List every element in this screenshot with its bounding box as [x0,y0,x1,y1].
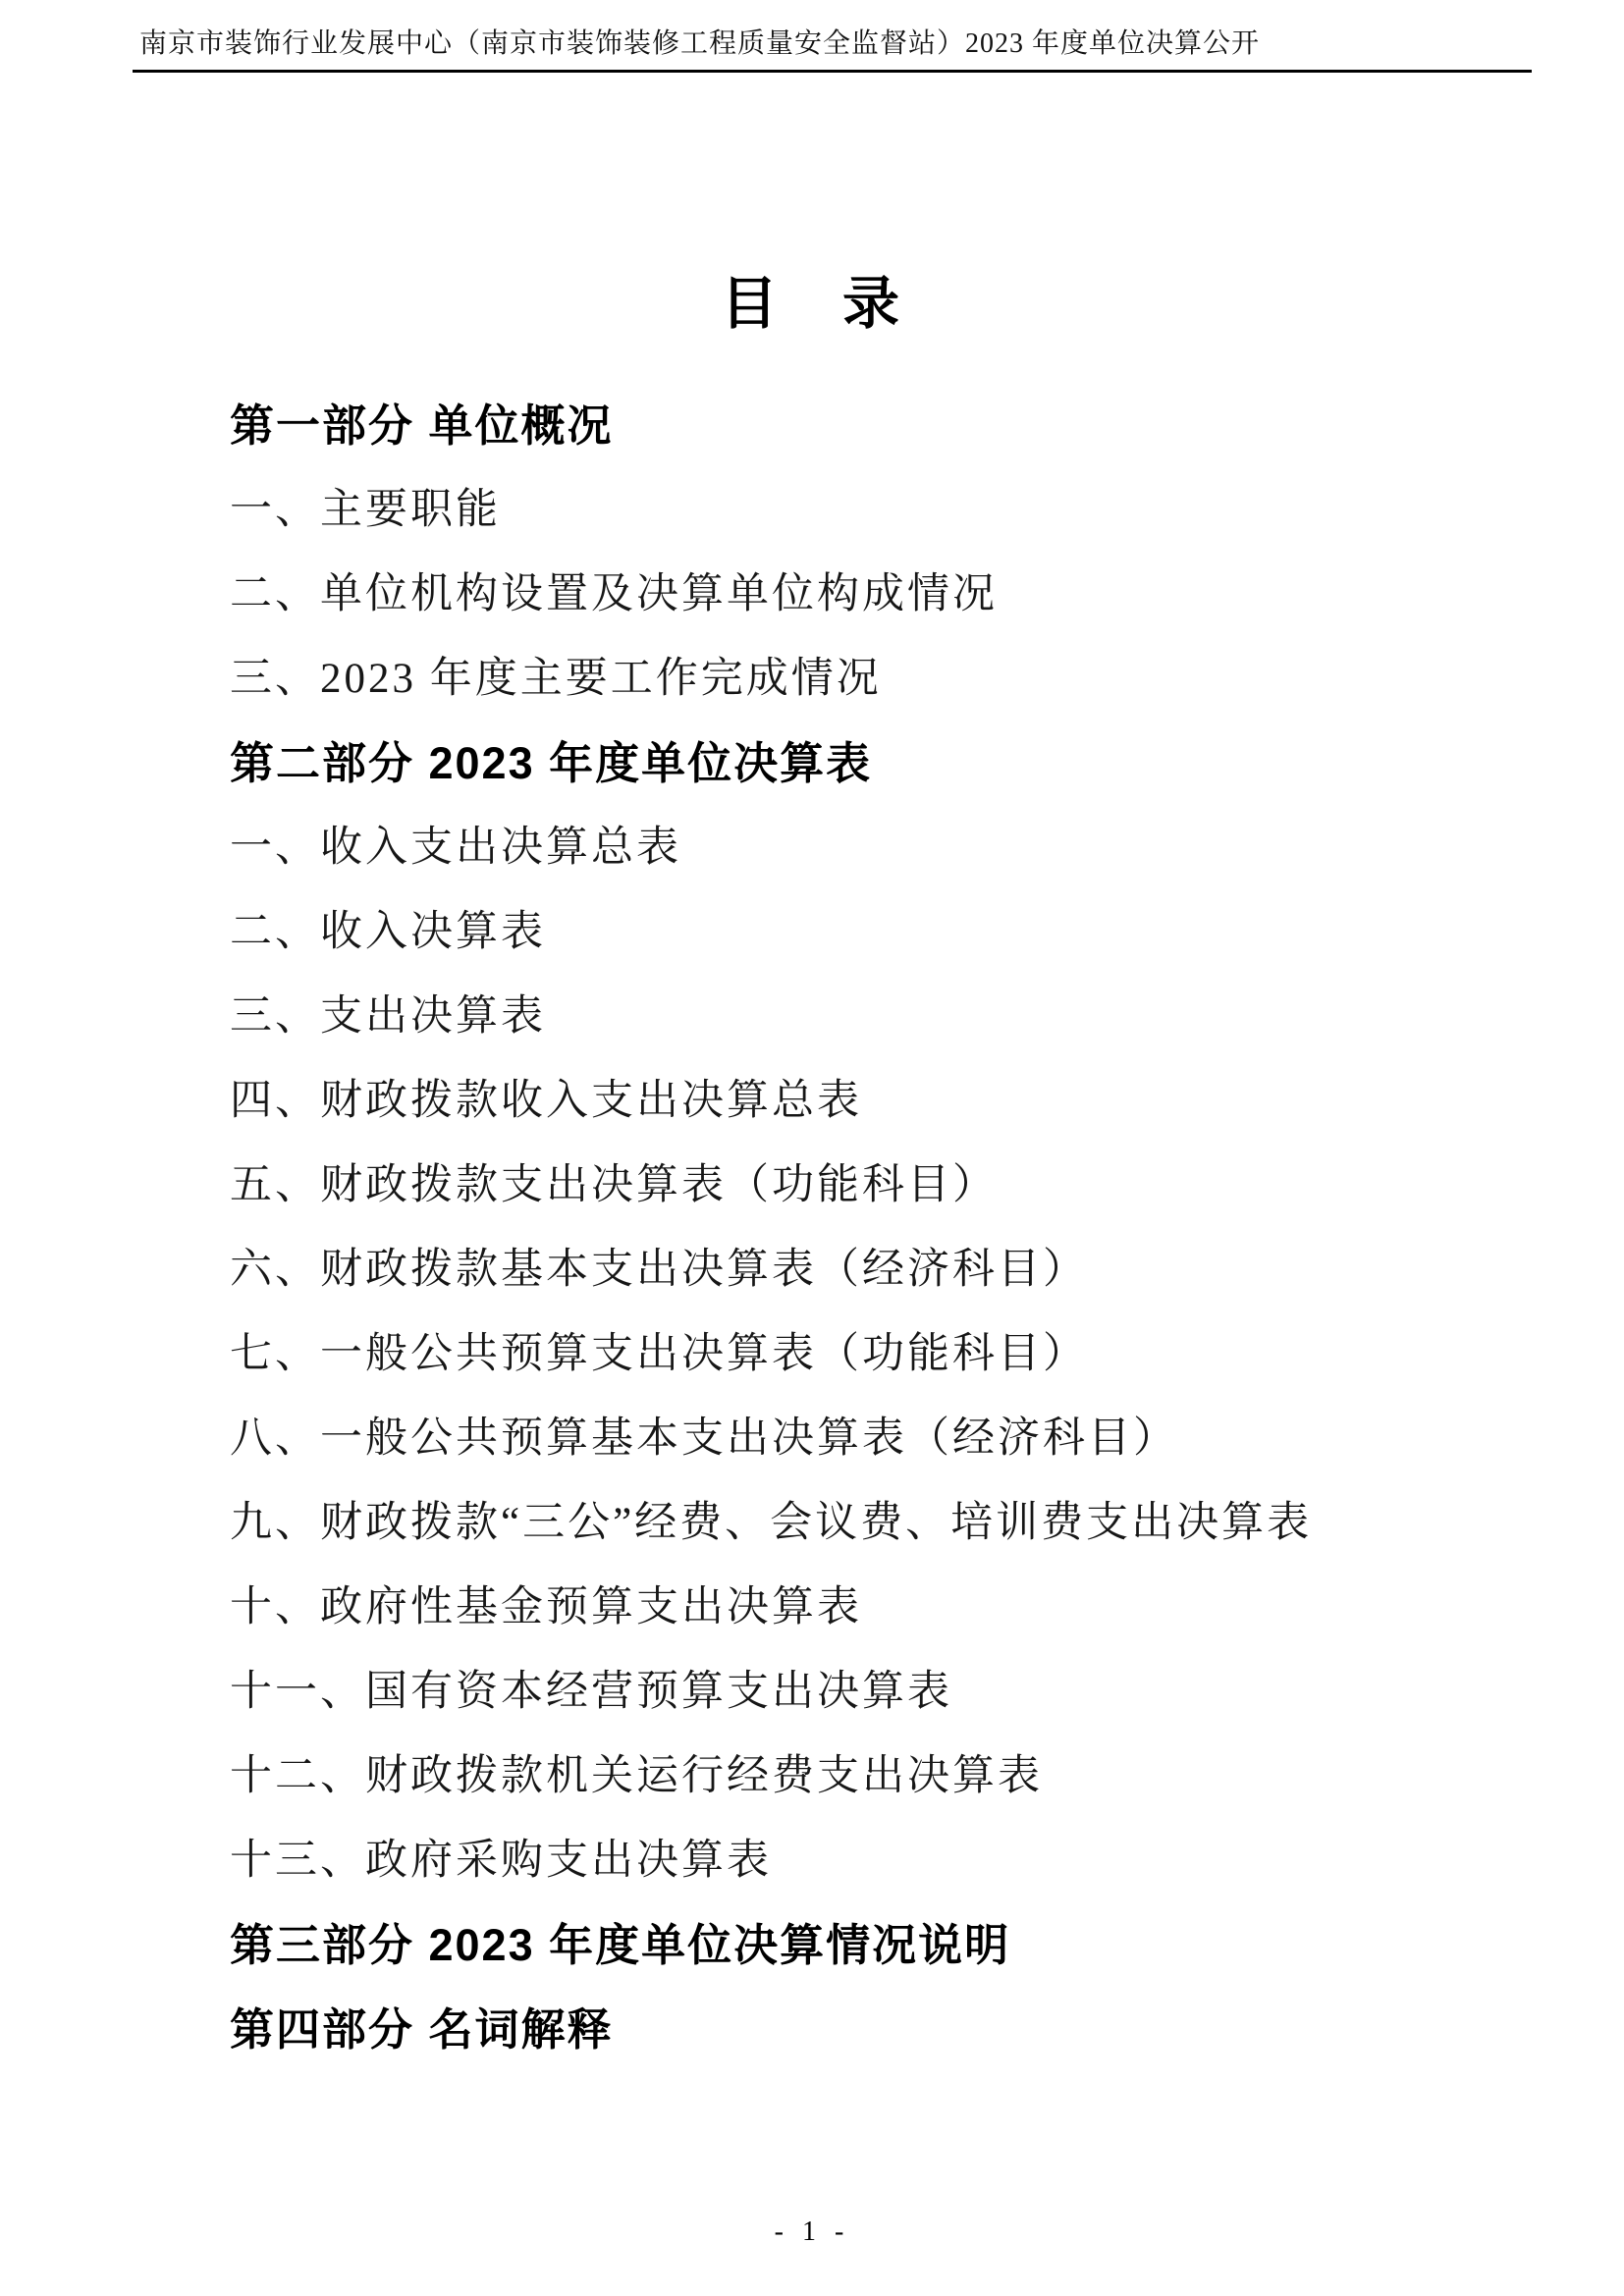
toc-title: 目 录 [0,257,1624,340]
toc-item: 六、财政拨款基本支出决算表（经济科目） [230,1223,1496,1308]
document-page: 南京市装饰行业发展中心（南京市装饰装修工程质量安全监督站）2023 年度单位决算… [0,0,1624,2296]
toc-item: 五、财政拨款支出决算表（功能科目） [230,1139,1496,1223]
toc-part-heading: 第四部分 名词解释 [230,1983,1496,2067]
page-header: 南京市装饰行业发展中心（南京市装饰装修工程质量安全监督站）2023 年度单位决算… [133,27,1532,73]
toc-part-heading: 第一部分 单位概况 [230,379,1496,463]
toc-part-heading: 第二部分 2023 年度单位决算表 [230,717,1496,801]
page-header-text: 南京市装饰行业发展中心（南京市装饰装修工程质量安全监督站）2023 年度单位决算… [133,27,1532,61]
toc-item: 二、单位机构设置及决算单位构成情况 [230,548,1496,632]
toc-item: 九、财政拨款“三公”经费、会议费、培训费支出决算表 [230,1476,1496,1561]
toc-item: 二、收入决算表 [230,885,1496,970]
toc-item: 七、一般公共预算支出决算表（功能科目） [230,1308,1496,1392]
toc-item: 三、支出决算表 [230,970,1496,1054]
toc-item: 十一、国有资本经营预算支出决算表 [230,1645,1496,1730]
toc-item: 八、一般公共预算基本支出决算表（经济科目） [230,1392,1496,1476]
page-number: - 1 - [0,2216,1624,2248]
toc-part-heading: 第三部分 2023 年度单位决算情况说明 [230,1898,1496,1983]
toc-item: 四、财政拨款收入支出决算总表 [230,1054,1496,1139]
toc-item: 十、政府性基金预算支出决算表 [230,1561,1496,1645]
toc-item: 三、2023 年度主要工作完成情况 [230,632,1496,717]
toc-item: 十三、政府采购支出决算表 [230,1814,1496,1898]
toc-item: 一、主要职能 [230,463,1496,548]
toc-item: 一、收入支出决算总表 [230,801,1496,885]
toc-item: 十二、财政拨款机关运行经费支出决算表 [230,1730,1496,1814]
table-of-contents: 第一部分 单位概况 一、主要职能 二、单位机构设置及决算单位构成情况 三、202… [230,379,1496,2067]
